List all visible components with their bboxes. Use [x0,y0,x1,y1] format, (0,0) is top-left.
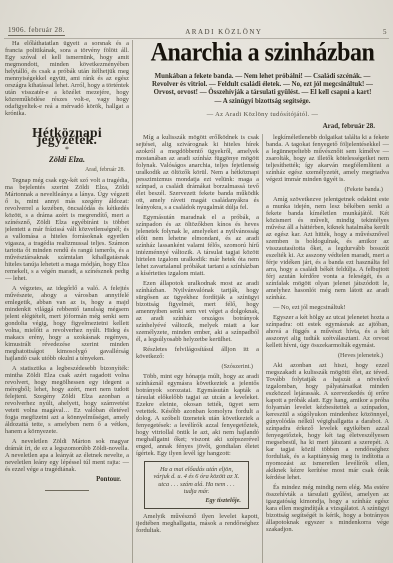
article-paragraph: Egymásután maradnak el a próbák, a színp… [136,214,259,277]
main-article: Anarchia a szinházban Munkában a fekete … [136,40,389,563]
page-header: 1906. február 28. ARADI KÖZLÖNY 5 [8,24,387,36]
header-rule [4,38,389,39]
article-paragraph: legkíméletlenebb dolgaikat találta ki a … [266,134,389,183]
article-headline: Anarchia a szinházban [136,40,389,67]
masthead-title: ARADI KÖZLÖNY [185,28,262,36]
letter-signature: Egy tisztelője. [152,497,241,504]
article-paragraph: És mindez még mindig nem elég. Ma estére… [266,484,389,533]
page-body: Ha előláthatatlan ügyeit a sorsnak és a … [5,40,389,563]
article-paragraph: Több, mint egy hónapja múlt, hogy az ara… [136,373,259,457]
continuation-paragraph: Ha előláthatatlan ügyeit a sorsnak és a … [5,40,129,117]
letter-intro-line: Részletes felvilágosításul álljon itt a … [136,346,259,360]
article-paragraph: Míg a kulisszák mögött erőlködnek is csa… [136,134,259,211]
section-subhead: (Fekete banda.) [266,186,383,193]
article-dateline: Arad, február 28. [136,122,375,130]
feuilleton-paragraph: A végzetes, az idegőrlő a való. A felejt… [5,285,129,362]
article-lead: Munkában a fekete banda. — Nem lehet pró… [151,73,374,106]
threat-letter-box: Ha a mai előadás után eljön, várjuk d. u… [144,461,249,509]
feuilleton-paragraph: Tegnap még csak egy-két szó volt a tragé… [5,177,129,282]
article-paragraph: Ezen állapotok uralkodnak most az aradi … [136,280,259,343]
article-paragraph: Egyszer a két hölgy az utcai jelenetet h… [266,314,389,349]
article-paragraph: Aki azonban azt hiszi, hogy ezzel megsza… [266,362,389,481]
feuilleton-heading: Hétköznapi jegyzetek. [5,129,129,143]
feuilleton-dateline: Arad, február 28. [5,167,125,174]
feuilleton-paragraph: A neveletlen Zöldi Márton sok magyar drá… [5,438,129,473]
end-rule [45,490,89,491]
section-subhead: (Heves jelenetek.) [266,352,383,359]
feuilleton-paragraph: A statisztika a legbeszédesebb bizonyíté… [5,365,129,435]
article-paragraph: Amíg szövetkezve jelentgetnek odakint es… [266,196,389,301]
article-column-2: legkíméletlenebb dolgaikat találta ki a … [266,134,389,563]
letter-text: Ha a mai előadás után eljön, várjuk d. u… [152,466,241,496]
article-columns: Míg a kulisszák mögött erőlködnek is csa… [136,134,389,563]
header-date: 1906. február 28. [8,26,65,36]
column-divider [262,134,263,563]
newspaper-page: 1906. február 28. ARADI KÖZLÖNY 5 Ha elő… [0,0,393,563]
left-column: Ha előláthatatlan ügyeit a sorsnak és a … [5,40,129,563]
article-byline: — Az Aradi Közlöny tudósítójától. — [136,111,389,118]
section-subhead: (Szószerint.) [136,363,253,370]
feuilleton-author: Zöldi Elza. [5,156,129,163]
section-separator: * [5,145,129,154]
dialogue-line: — No, ezt jól megcsináltuk! [266,304,389,311]
article-column-1: Míg a kulisszák mögött erőlködnek is csa… [136,134,259,563]
page-number: 5 [383,28,387,36]
column-divider [132,40,133,563]
feuilleton-signature: Pontour. [5,476,121,483]
article-paragraph: Amelyik művésznő ilyen levelet kapott, i… [136,513,259,534]
